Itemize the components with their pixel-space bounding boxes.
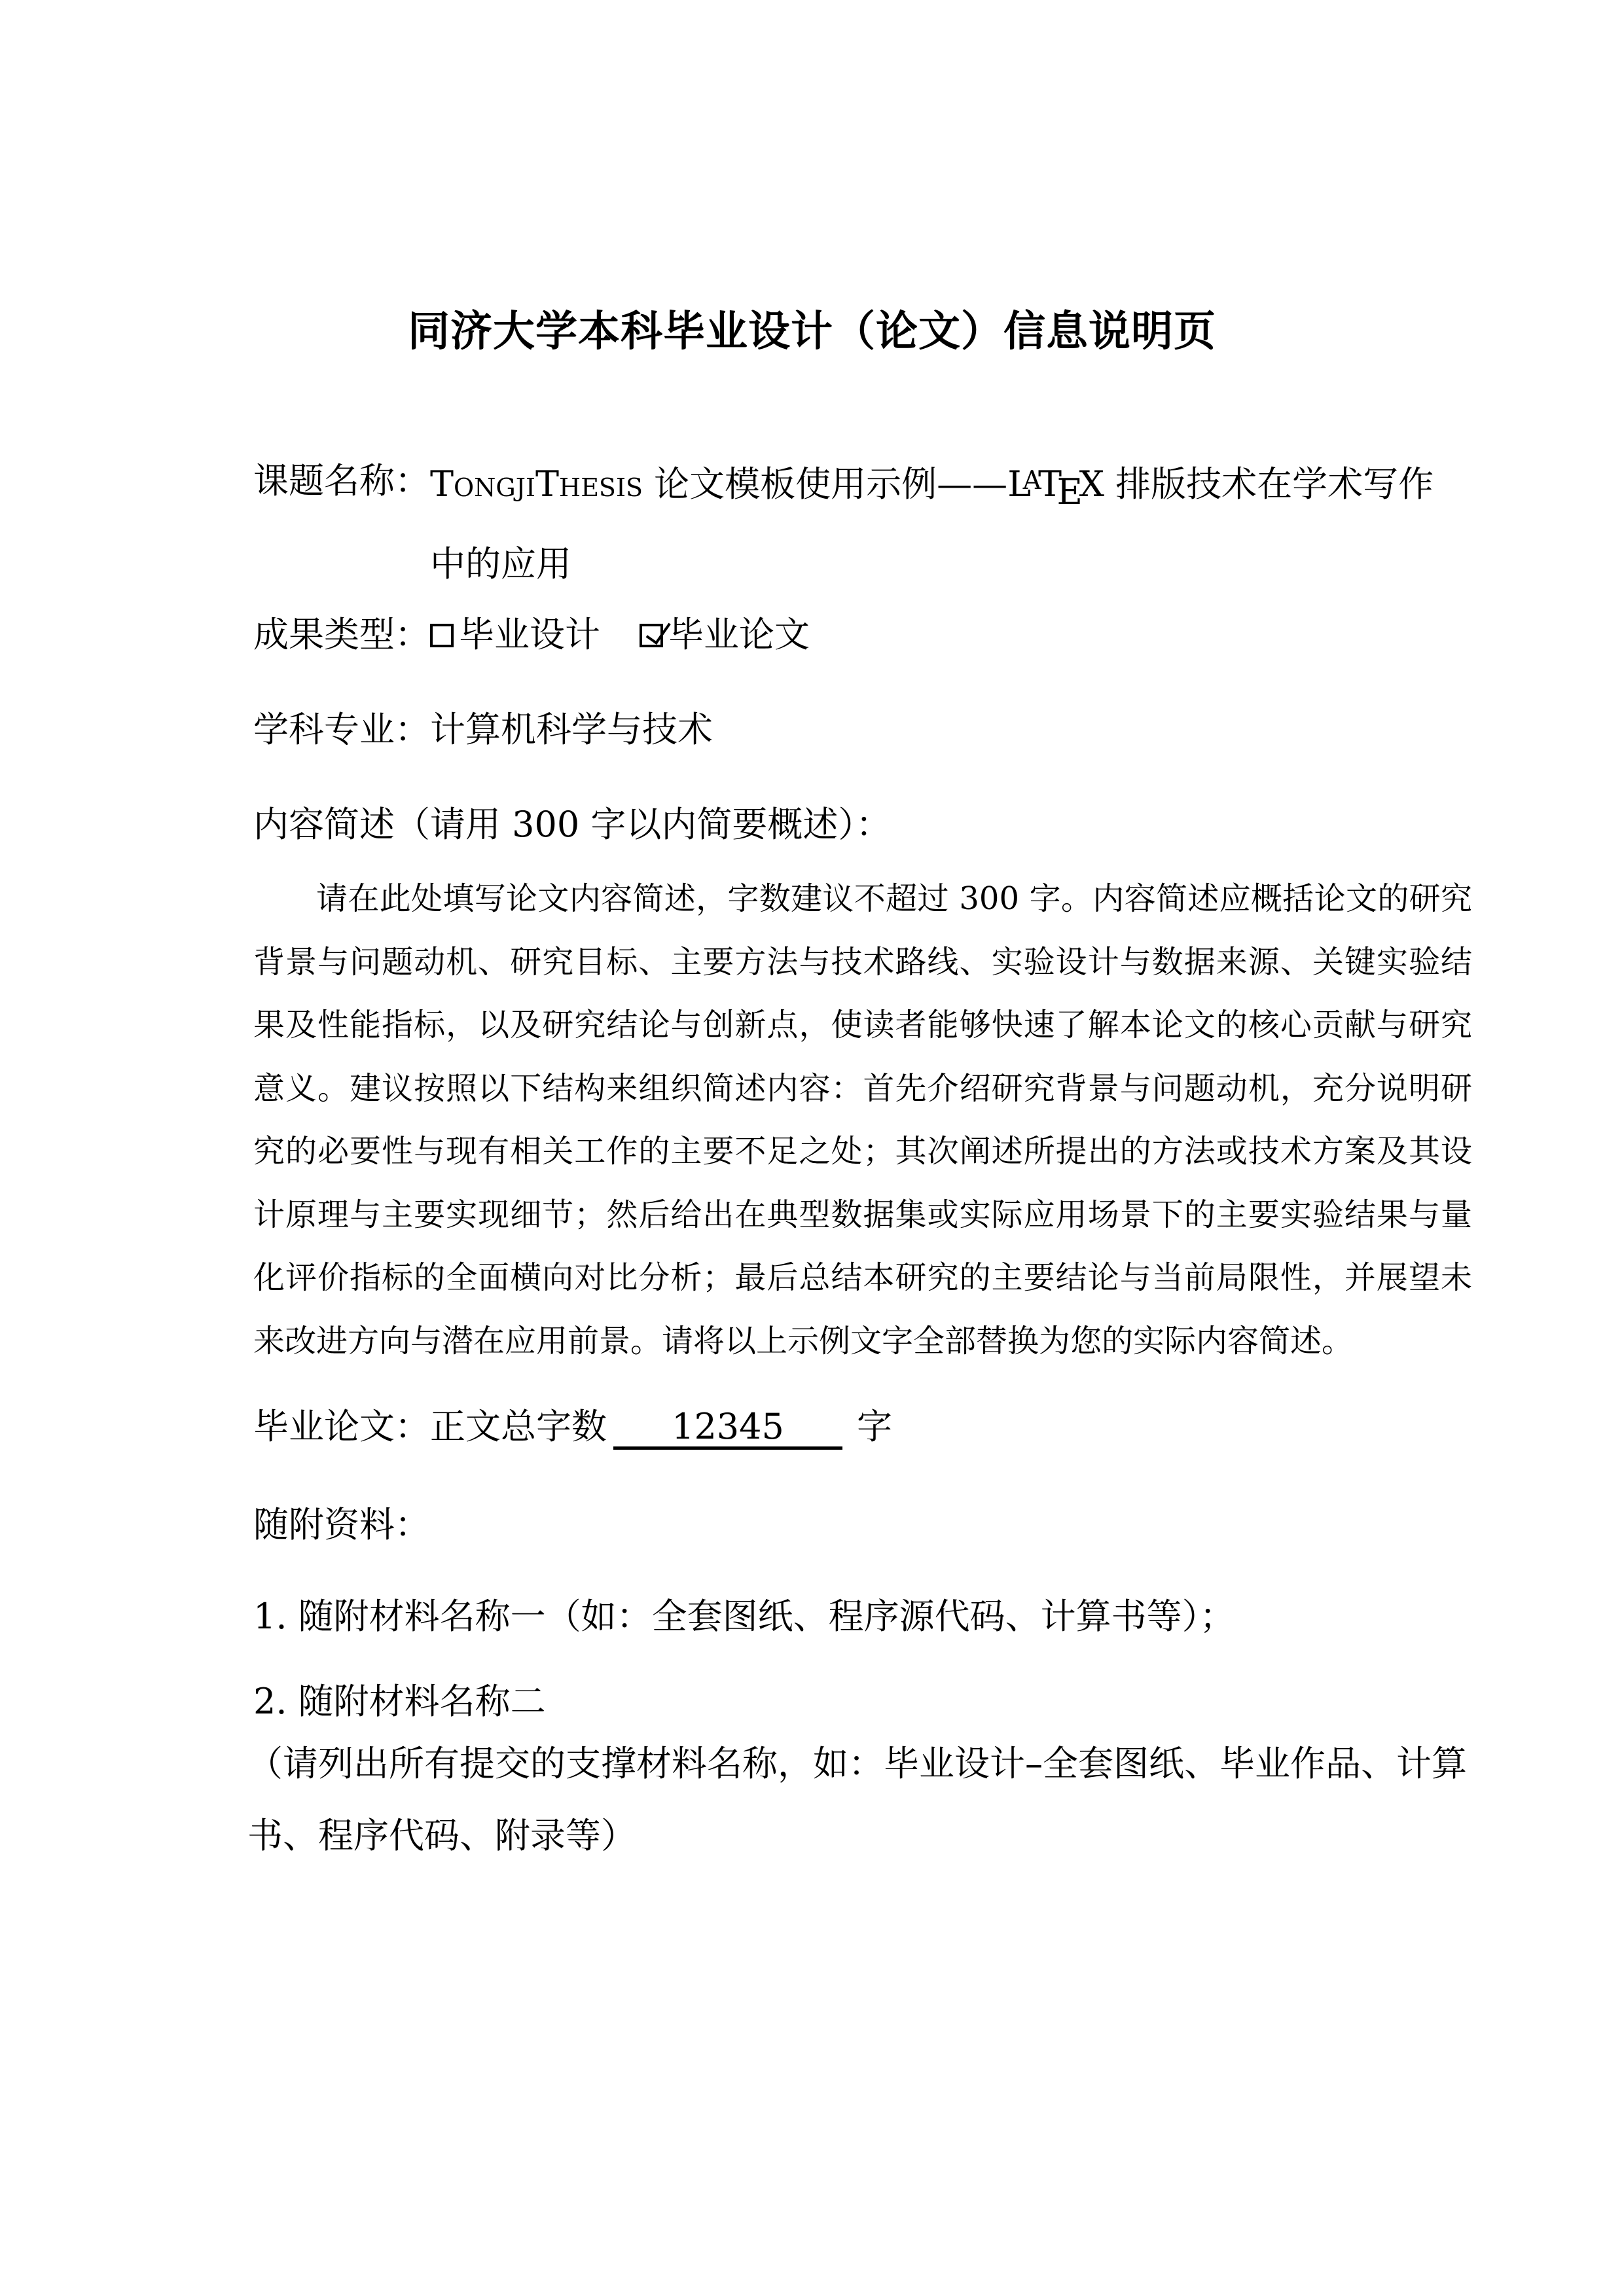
abstract-heading: 内容简述（请用 300 字以内简要概述）： — [253, 789, 891, 861]
attachment-item: 1. 随附材料名称一（如：全套图纸、程序源代码、计算书等）； — [253, 1581, 1235, 1653]
topic-field: 课题名称：TongjiThesis 论文模板使用示例——LATEX 排版技术在学… — [253, 445, 1451, 600]
major-label: 学科专业： — [253, 694, 430, 766]
latex-logo: LATEX — [1007, 463, 1104, 505]
result-type-option-thesis[interactable]: 毕业论文 — [640, 614, 810, 655]
topic-value: TongjiThesis 论文模板使用示例——LATEX 排版技术在学术写作中的… — [430, 445, 1451, 600]
result-type-field: 成果类型：毕业设计毕业论文 — [253, 599, 810, 671]
result-type-label: 成果类型： — [253, 599, 430, 671]
latex-x: X — [1079, 463, 1104, 505]
abstract-text: 请在此处填写论文内容简述，字数建议不超过 300 字。内容简述应概括论文的研究背… — [253, 867, 1472, 1372]
attachment-item: 2. 随附材料名称二 — [253, 1666, 546, 1738]
topic-text-1: 论文模板使用示例—— — [643, 463, 1007, 505]
word-count-field: 毕业论文：正文总字数12345字 — [253, 1391, 892, 1463]
result-type-option-design[interactable]: 毕业设计 — [430, 614, 600, 655]
checkbox-unchecked-icon[interactable] — [430, 624, 454, 647]
word-count-suffix: 字 — [857, 1406, 892, 1447]
thesis-wordmark: Thesis — [535, 463, 643, 505]
major-value: 计算机科学与技术 — [430, 709, 713, 750]
major-field: 学科专业：计算机科学与技术 — [253, 694, 713, 766]
option-label-design: 毕业设计 — [459, 614, 600, 655]
attachments-note: （请列出所有提交的支撑材料名称，如：毕业设计–全套图纸、毕业作品、计算书、程序代… — [247, 1728, 1471, 1872]
word-count-value[interactable]: 12345 — [613, 1407, 842, 1450]
word-count-prefix: 正文总字数 — [430, 1406, 607, 1447]
topic-label: 课题名称： — [253, 445, 430, 517]
page-title: 同济大学本科毕业设计（论文）信息说明页 — [0, 298, 1624, 358]
checkbox-checked-icon[interactable] — [640, 624, 663, 647]
word-count-label: 毕业论文： — [253, 1391, 430, 1463]
option-label-thesis: 毕业论文 — [668, 614, 810, 655]
attachments-label: 随附资料： — [253, 1489, 430, 1561]
tongji-wordmark: Tongji — [430, 463, 535, 505]
